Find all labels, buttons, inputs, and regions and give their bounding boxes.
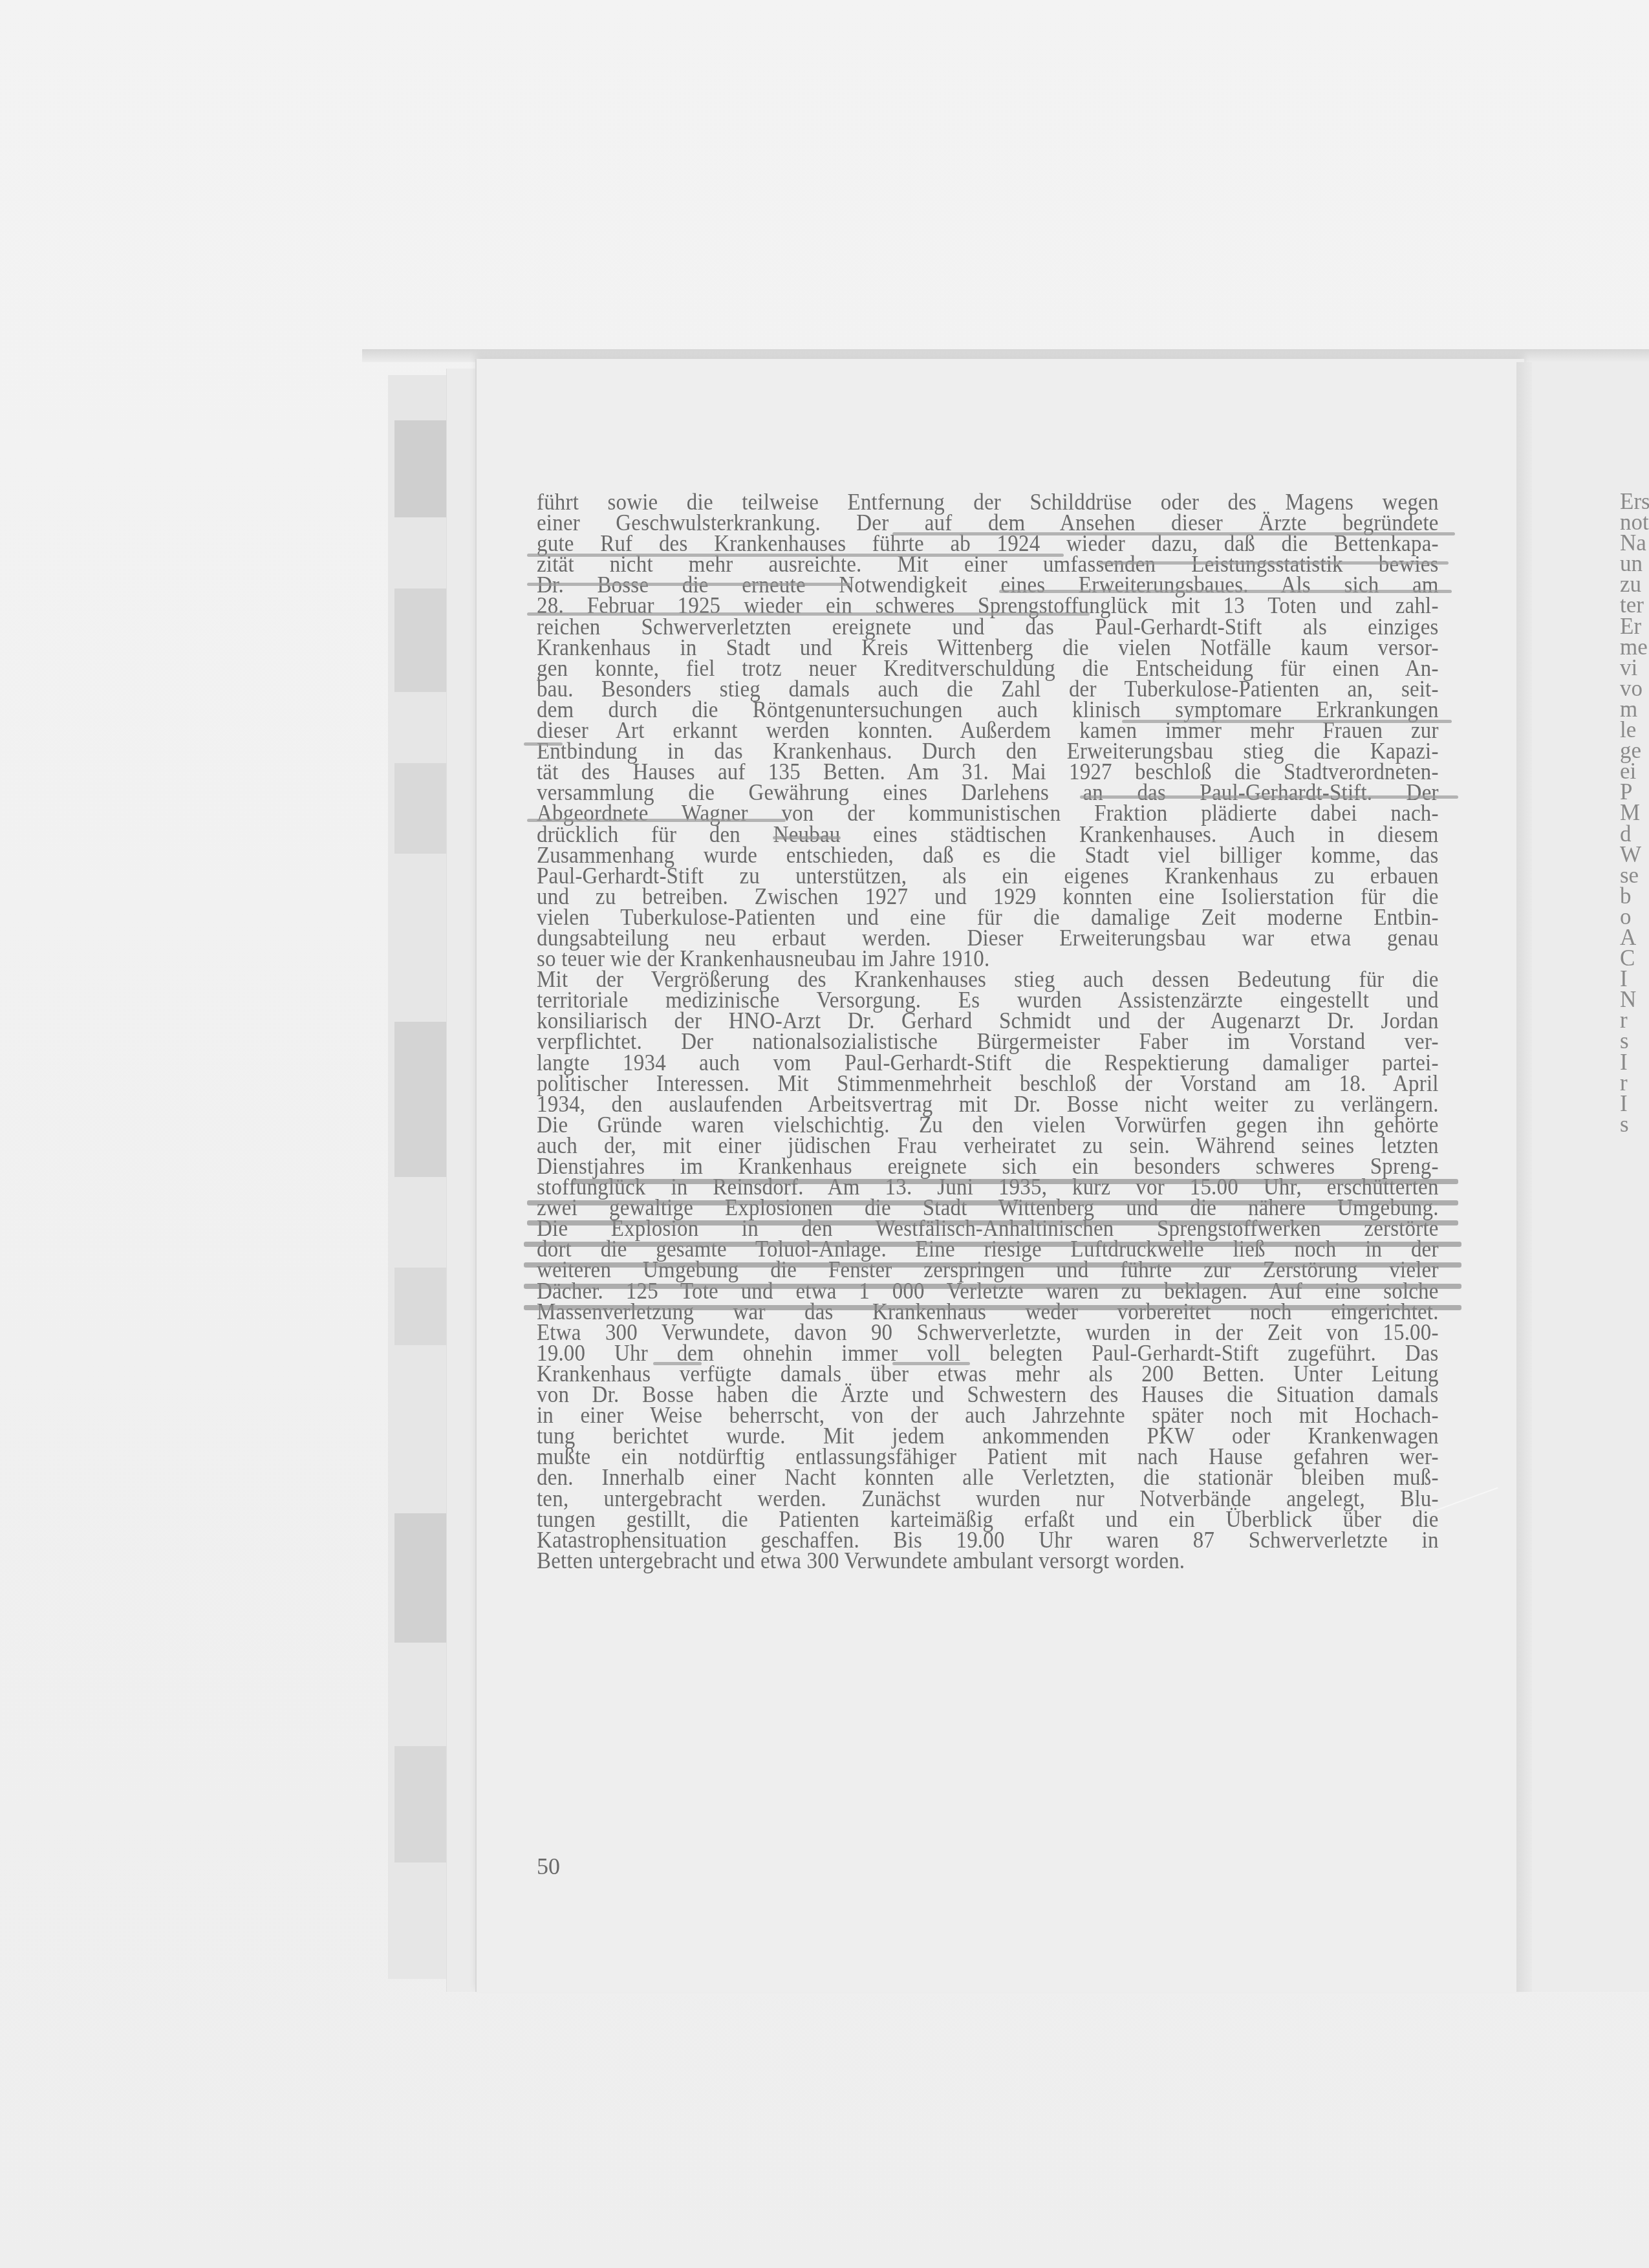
page-number: 50 bbox=[537, 1853, 560, 1880]
pencil-underline bbox=[999, 590, 1452, 593]
pencil-underline bbox=[527, 554, 1064, 557]
pencil-underline bbox=[524, 1242, 1461, 1247]
pencil-underline bbox=[572, 1179, 1458, 1184]
right-page-fragment: M bbox=[1620, 803, 1649, 823]
right-page-fragment: me bbox=[1620, 637, 1649, 658]
book-gutter bbox=[1516, 362, 1532, 1992]
right-page-fragment: ter bbox=[1620, 595, 1649, 616]
pencil-underline bbox=[524, 1262, 1461, 1268]
right-page-text-fragments: ErsnotNaunzuterErmevivomlegeeiPMdWseboAC… bbox=[1620, 491, 1649, 1135]
right-page-fragment: W bbox=[1620, 845, 1649, 865]
pencil-underline bbox=[773, 836, 841, 839]
pencil-underline bbox=[1080, 795, 1458, 799]
pencil-underline bbox=[524, 1305, 1461, 1310]
right-page-fragment: r bbox=[1620, 1073, 1649, 1094]
pencil-underline bbox=[1099, 561, 1449, 565]
right-page-fragment: s bbox=[1620, 1114, 1649, 1135]
right-page-fragment: d bbox=[1620, 824, 1649, 845]
right-page-fragment: Er bbox=[1620, 616, 1649, 637]
pencil-underline bbox=[524, 742, 563, 746]
pencil-underline bbox=[527, 1220, 1458, 1226]
pencil-underline bbox=[527, 819, 786, 822]
pencil-underline bbox=[892, 532, 1455, 535]
right-page-fragment: se bbox=[1620, 865, 1649, 886]
pencil-underline bbox=[892, 1362, 970, 1365]
right-page-fragment: s bbox=[1620, 1031, 1649, 1052]
right-page-fragment: I bbox=[1620, 1052, 1649, 1073]
body-text: führt sowie die teilweise Entfernung der… bbox=[537, 491, 1439, 1571]
right-page-fragment: I bbox=[1620, 1094, 1649, 1114]
text-line: Betten untergebracht und etwa 300 Verwun… bbox=[537, 1550, 1439, 1571]
pencil-underline bbox=[1122, 720, 1452, 723]
pencil-underline bbox=[524, 1284, 1461, 1289]
pencil-underline bbox=[527, 612, 1090, 616]
pencil-underline bbox=[527, 1200, 1458, 1205]
pencil-underline bbox=[527, 583, 850, 586]
pencil-underline bbox=[653, 1362, 702, 1365]
